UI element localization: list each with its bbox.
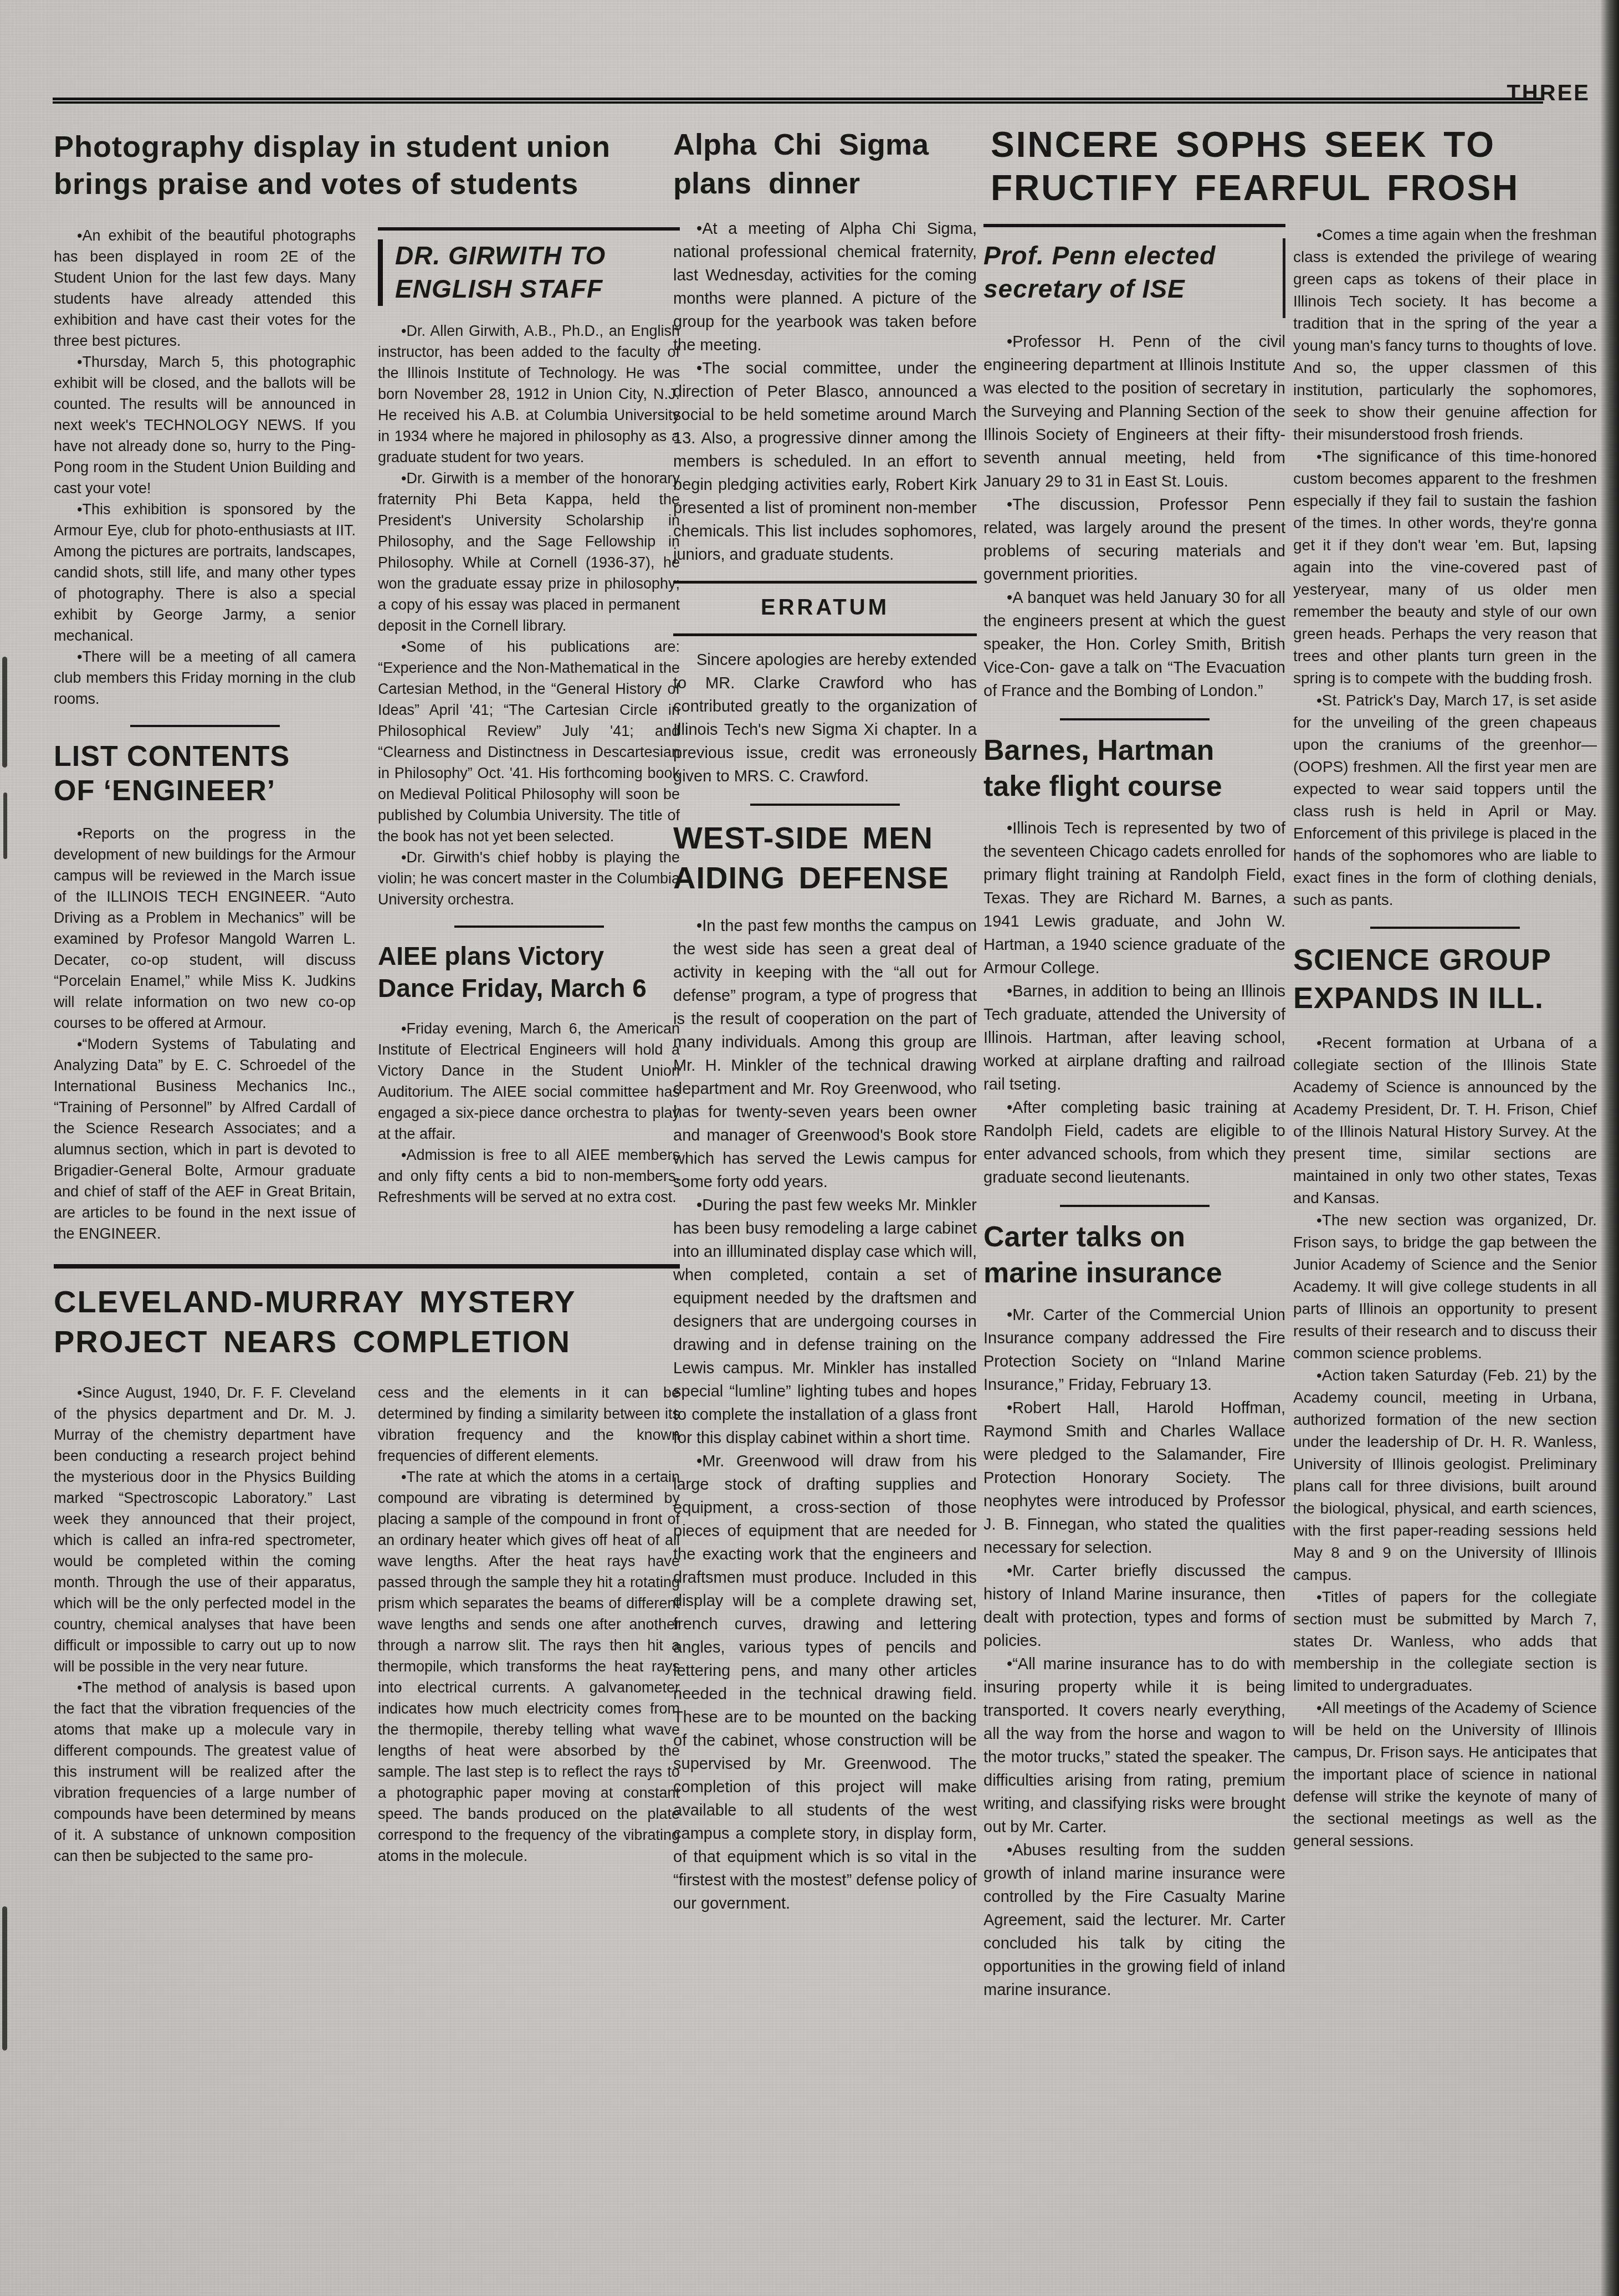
paragraph: •All meetings of the Academy of Science … bbox=[1293, 1697, 1597, 1852]
article-barnes-hartman: Barnes, Hartman take flight course •Illi… bbox=[983, 733, 1285, 1189]
paragraph-continuation: cess and the elements in it can be deter… bbox=[378, 1382, 680, 1466]
article-science-group: SCIENCE GROUP EXPANDS IN ILL. •Recent fo… bbox=[1293, 941, 1597, 1852]
paragraph: •Recent formation at Urbana of a collegi… bbox=[1293, 1032, 1597, 1209]
paragraph: Sincere apologies are hereby extended to… bbox=[673, 648, 977, 788]
paragraph: •Reports on the progress in the developm… bbox=[54, 823, 356, 1034]
headline-line: Dance Friday, March 6 bbox=[378, 972, 680, 1005]
headline-line: SINCERE SOPHS SEEK TO bbox=[991, 123, 1606, 166]
scan-artifact-2 bbox=[3, 792, 7, 859]
headline-line: PROJECT NEARS COMPLETION bbox=[54, 1322, 680, 1362]
top-rule bbox=[53, 98, 1543, 104]
paragraph: •Illinois Tech is represented by two of … bbox=[983, 817, 1285, 980]
paragraph: •Mr. Greenwood will draw from his large … bbox=[673, 1450, 977, 1915]
article-photography-body: •An exhibit of the beautiful photographs… bbox=[54, 225, 356, 709]
cleveland-column-b: cess and the elements in it can be deter… bbox=[378, 1382, 680, 1867]
upper-columns: •An exhibit of the beautiful photographs… bbox=[54, 225, 680, 1244]
headline-photography: Photography display in student union bri… bbox=[54, 129, 680, 203]
headline-line: AIDING DEFENSE bbox=[673, 858, 977, 898]
headline-girwith: DR. GIRWITH TO ENGLISH STAFF bbox=[395, 239, 680, 306]
divider-rule bbox=[673, 633, 977, 636]
headline-line: DR. GIRWITH TO bbox=[395, 239, 680, 273]
divider-rule bbox=[1370, 927, 1520, 929]
paragraph: •Mr. Carter briefly discussed the histor… bbox=[983, 1559, 1285, 1653]
headline-erratum: ERRATUM bbox=[673, 596, 977, 619]
paragraph: •Some of his publications are: “Experien… bbox=[378, 636, 680, 847]
article-cleveland-murray: CLEVELAND-MURRAY MYSTERY PROJECT NEARS C… bbox=[54, 1264, 680, 1867]
article-erratum: ERRATUM Sincere apologies are hereby ext… bbox=[673, 596, 977, 788]
headline-line: Photography display in student union bbox=[54, 129, 680, 166]
headline-line: brings praise and votes of students bbox=[54, 166, 680, 203]
article-aiee: AIEE plans Victory Dance Friday, March 6… bbox=[378, 940, 680, 1208]
column-1: •An exhibit of the beautiful photographs… bbox=[54, 225, 356, 1244]
paragraph: •In the past few months the campus on th… bbox=[673, 914, 977, 1194]
paragraph: •Dr. Allen Girwith, A.B., Ph.D., an Engl… bbox=[378, 320, 680, 468]
divider-rule bbox=[750, 804, 900, 806]
paragraph: •Professor H. Penn of the civil engineer… bbox=[983, 330, 1285, 493]
left-region: Photography display in student union bri… bbox=[54, 129, 680, 1867]
paragraph: •After completing basic training at Rand… bbox=[983, 1096, 1285, 1189]
paragraph: •A banquet was held January 30 for all t… bbox=[983, 586, 1285, 703]
column-3: Alpha Chi Sigma plans dinner •At a meeti… bbox=[673, 125, 977, 1915]
headline-line: marine insurance bbox=[983, 1255, 1285, 1291]
paragraph: •Thursday, March 5, this photographic ex… bbox=[54, 351, 356, 499]
headline-penn: Prof. Penn elected secretary of ISE bbox=[983, 239, 1273, 306]
scan-artifact-1 bbox=[2, 657, 7, 768]
paragraph: •The social committee, under the directi… bbox=[673, 357, 977, 566]
paragraph: •Admission is free to all AIEE members a… bbox=[378, 1144, 680, 1208]
article-penn: Prof. Penn elected secretary of ISE •Pro… bbox=[983, 224, 1285, 703]
boxed-headline-wrap: DR. GIRWITH TO ENGLISH STAFF bbox=[378, 239, 680, 306]
paragraph: •Since August, 1940, Dr. F. F. Cleveland… bbox=[54, 1382, 356, 1677]
headline-list-contents: LIST CONTENTS OF ‘ENGINEER’ bbox=[54, 739, 356, 809]
headline-line: Prof. Penn elected bbox=[983, 239, 1273, 273]
article-list-contents: LIST CONTENTS OF ‘ENGINEER’ •Reports on … bbox=[54, 739, 356, 1244]
paragraph: •“Modern Systems of Tabulating and Analy… bbox=[54, 1034, 356, 1244]
headline-line: take flight course bbox=[983, 769, 1285, 805]
headline-line: Alpha Chi Sigma bbox=[673, 125, 977, 164]
paragraph: •Friday evening, March 6, the American I… bbox=[378, 1018, 680, 1144]
scan-edge-shadow bbox=[1600, 0, 1619, 2296]
article-alpha-chi: Alpha Chi Sigma plans dinner •At a meeti… bbox=[673, 125, 977, 566]
headline-line: LIST CONTENTS bbox=[54, 739, 356, 774]
divider-rule bbox=[673, 581, 977, 584]
article-sincere-sophs-body: •Comes a time again when the freshman cl… bbox=[1293, 224, 1597, 911]
headline-line: AIEE plans Victory bbox=[378, 940, 680, 973]
paragraph: •St. Patrick's Day, March 17, is set asi… bbox=[1293, 689, 1597, 911]
headline-line: EXPANDS IN ILL. bbox=[1293, 979, 1597, 1017]
headline-line: Carter talks on bbox=[983, 1219, 1285, 1255]
paragraph: •The method of analysis is based upon th… bbox=[54, 1677, 356, 1867]
page-number: THREE bbox=[1507, 81, 1590, 106]
headline-carter: Carter talks on marine insurance bbox=[983, 1219, 1285, 1291]
headline-sincere-sophs: SINCERE SOPHS SEEK TO FRUCTIFY FEARFUL F… bbox=[991, 123, 1606, 209]
boxed-headline-wrap: Prof. Penn elected secretary of ISE bbox=[983, 238, 1285, 318]
headline-cleveland-murray: CLEVELAND-MURRAY MYSTERY PROJECT NEARS C… bbox=[54, 1282, 680, 1363]
headline-line: Barnes, Hartman bbox=[983, 733, 1285, 769]
headline-barnes-hartman: Barnes, Hartman take flight course bbox=[983, 733, 1285, 805]
cleveland-column-a: •Since August, 1940, Dr. F. F. Cleveland… bbox=[54, 1382, 356, 1867]
article-girwith: DR. GIRWITH TO ENGLISH STAFF •Dr. Allen … bbox=[378, 227, 680, 910]
paragraph: •The new section was organized, Dr. Fris… bbox=[1293, 1209, 1597, 1364]
paragraph: •This exhibition is sponsored by the Arm… bbox=[54, 499, 356, 646]
paragraph: •Dr. Girwith's chief hobby is playing th… bbox=[378, 847, 680, 910]
paragraph: •Dr. Girwith is a member of the honorary… bbox=[378, 468, 680, 636]
headline-line: OF ‘ENGINEER’ bbox=[54, 774, 356, 808]
column-5: •Comes a time again when the freshman cl… bbox=[1293, 224, 1597, 1852]
headline-westside: WEST-SIDE MEN AIDING DEFENSE bbox=[673, 818, 977, 897]
divider-rule bbox=[1060, 718, 1210, 720]
headline-line: plans dinner bbox=[673, 164, 977, 203]
scan-artifact-3 bbox=[2, 1906, 7, 2050]
headline-line: CLEVELAND-MURRAY MYSTERY bbox=[54, 1282, 680, 1322]
paragraph: •Abuses resulting from the sudden growth… bbox=[983, 1839, 1285, 2002]
headline-aiee: AIEE plans Victory Dance Friday, March 6 bbox=[378, 940, 680, 1005]
paragraph: •Robert Hall, Harold Hoffman, Raymond Sm… bbox=[983, 1397, 1285, 1559]
paragraph: •An exhibit of the beautiful photographs… bbox=[54, 225, 356, 351]
paragraph: •The rate at which the atoms in a certai… bbox=[378, 1466, 680, 1867]
paragraph: •At a meeting of Alpha Chi Sigma, nation… bbox=[673, 217, 977, 357]
headline-line: secretary of ISE bbox=[983, 273, 1273, 306]
divider-rule bbox=[130, 725, 280, 727]
article-westside: WEST-SIDE MEN AIDING DEFENSE •In the pas… bbox=[673, 818, 977, 1915]
box-top-rule bbox=[983, 224, 1285, 227]
paragraph: •Action taken Saturday (Feb. 21) by the … bbox=[1293, 1364, 1597, 1586]
paragraph: •Barnes, in addition to being an Illinoi… bbox=[983, 980, 1285, 1096]
paragraph: •Titles of papers for the collegiate sec… bbox=[1293, 1586, 1597, 1697]
headline-science-group: SCIENCE GROUP EXPANDS IN ILL. bbox=[1293, 941, 1597, 1017]
headline-line: WEST-SIDE MEN bbox=[673, 818, 977, 858]
divider-rule bbox=[454, 925, 604, 928]
column-2: DR. GIRWITH TO ENGLISH STAFF •Dr. Allen … bbox=[378, 225, 680, 1244]
section-rule bbox=[54, 1264, 680, 1269]
headline-line: FRUCTIFY FEARFUL FROSH bbox=[991, 166, 1606, 209]
cleveland-columns: •Since August, 1940, Dr. F. F. Cleveland… bbox=[54, 1382, 680, 1867]
paragraph: •The discussion, Professor Penn related,… bbox=[983, 493, 1285, 586]
newspaper-page: THREE Photography display in student uni… bbox=[0, 0, 1619, 2296]
headline-line: SCIENCE GROUP bbox=[1293, 941, 1597, 979]
paragraph: •During the past few weeks Mr. Minkler h… bbox=[673, 1194, 977, 1450]
divider-rule bbox=[1060, 1205, 1210, 1207]
paragraph: •“All marine insurance has to do with in… bbox=[983, 1653, 1285, 1839]
article-carter: Carter talks on marine insurance •Mr. Ca… bbox=[983, 1219, 1285, 2002]
paragraph: •Comes a time again when the freshman cl… bbox=[1293, 224, 1597, 446]
paragraph: •Mr. Carter of the Commercial Union Insu… bbox=[983, 1303, 1285, 1397]
headline-alpha-chi: Alpha Chi Sigma plans dinner bbox=[673, 125, 977, 203]
box-top-rule bbox=[378, 227, 680, 231]
paragraph: •The significance of this time-honored c… bbox=[1293, 446, 1597, 689]
headline-line: ENGLISH STAFF bbox=[395, 273, 680, 306]
column-4: Prof. Penn elected secretary of ISE •Pro… bbox=[983, 224, 1285, 2002]
paragraph: •There will be a meeting of all camera c… bbox=[54, 646, 356, 709]
